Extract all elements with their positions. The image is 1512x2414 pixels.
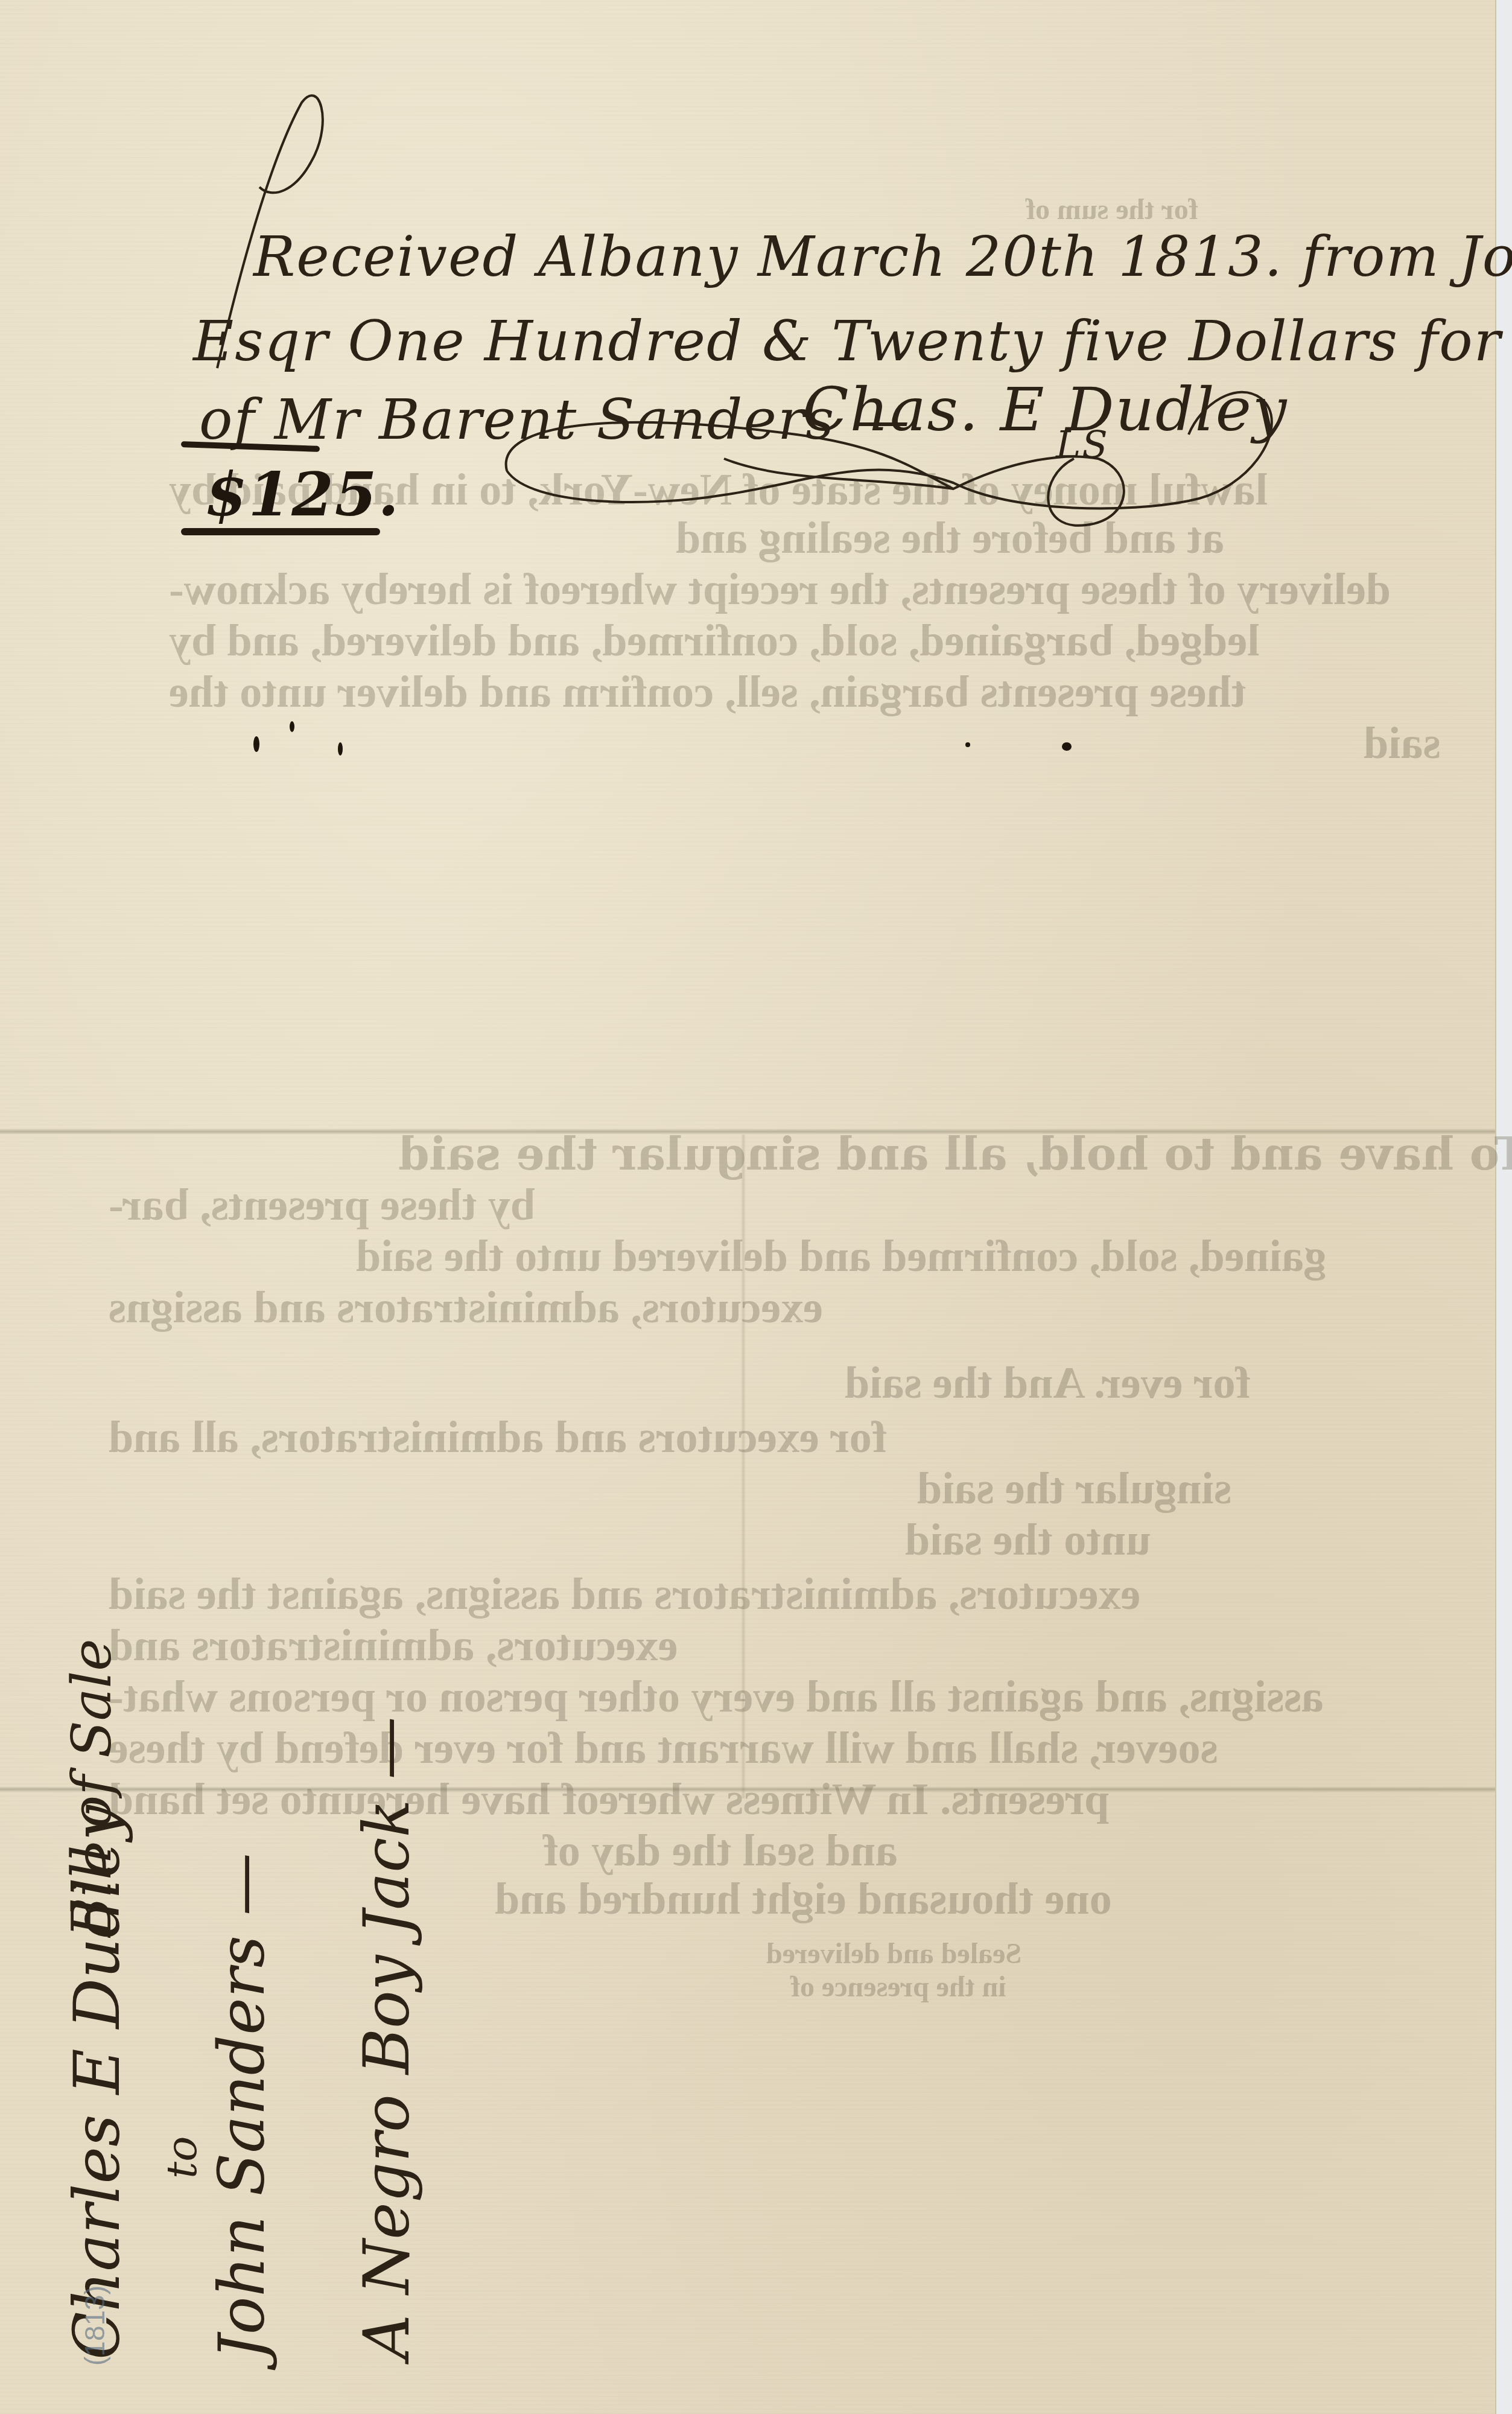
bleed-line: soever, shall and will warrant and for e… — [109, 1723, 1218, 1774]
pencil-date-note: (1813) — [78, 2285, 111, 2366]
bleed-line: Sealed and delivered — [766, 1937, 1021, 1970]
bleed-line: ledged, bargained, sold, confirmed, and … — [169, 616, 1260, 667]
bleed-line: assigns, and against all and every other… — [109, 1672, 1324, 1723]
bleed-line: these presents bargain, sell, confirm an… — [169, 667, 1247, 718]
endorsement-line-title: Bill of Sale — [60, 1639, 124, 1937]
bleed-line: and seal the day of — [543, 1826, 898, 1877]
endorsement-line-subject: A Negro Boy Jack — — [350, 1716, 424, 2360]
document-page: for the sum of lawful money of the state… — [0, 0, 1496, 2414]
receipt-line-1: Received Albany March 20th 1813. from Jo… — [253, 229, 1512, 285]
bleed-line: To have and to hold, all and singular th… — [398, 1129, 1512, 1180]
endorsement-docket: Charles E Dudley to John Sanders — Bill … — [36, 1780, 434, 2384]
bleed-line: said — [1364, 718, 1441, 769]
bleed-line: one thousand eight hundred and — [495, 1874, 1112, 1925]
bleed-line: in the presence of — [790, 1970, 1006, 2004]
bleed-line: for executors and administrators, all an… — [109, 1412, 887, 1463]
signature-flourish-icon — [495, 386, 1303, 537]
ink-blot — [253, 736, 259, 752]
bleed-line: for the sum of — [1026, 193, 1198, 226]
bleed-line: by these presents, bar- — [109, 1180, 535, 1231]
receipt-line-2: Esqr One Hundred & Twenty five Dollars f… — [193, 314, 1512, 369]
endorsement-line-recipient: John Sanders — — [205, 1853, 279, 2360]
bleed-line: executors, administrators and assigns, a… — [109, 1569, 1140, 1620]
bleed-line: executors, administrators and — [109, 1620, 678, 1672]
ink-blot — [965, 742, 970, 747]
endorsement-line-to: to — [157, 2136, 206, 2179]
bleed-line: executors, administrators and assigns — [109, 1282, 823, 1334]
ink-blot — [1062, 742, 1072, 751]
seal-initials: LS — [1056, 422, 1109, 467]
bleed-line: for ever. And the said — [845, 1358, 1250, 1409]
bleed-line: unto the said — [905, 1515, 1151, 1566]
receipt-amount: $125. — [205, 459, 400, 530]
bleed-line: singular the said — [917, 1463, 1231, 1515]
amount-rule-bottom — [181, 528, 380, 535]
ink-blot — [338, 742, 343, 756]
ink-blot — [290, 721, 294, 732]
bleed-line: delivery of these presents, the receipt … — [169, 564, 1391, 616]
bleed-line: gained, sold, confirmed and delivered un… — [356, 1231, 1326, 1282]
